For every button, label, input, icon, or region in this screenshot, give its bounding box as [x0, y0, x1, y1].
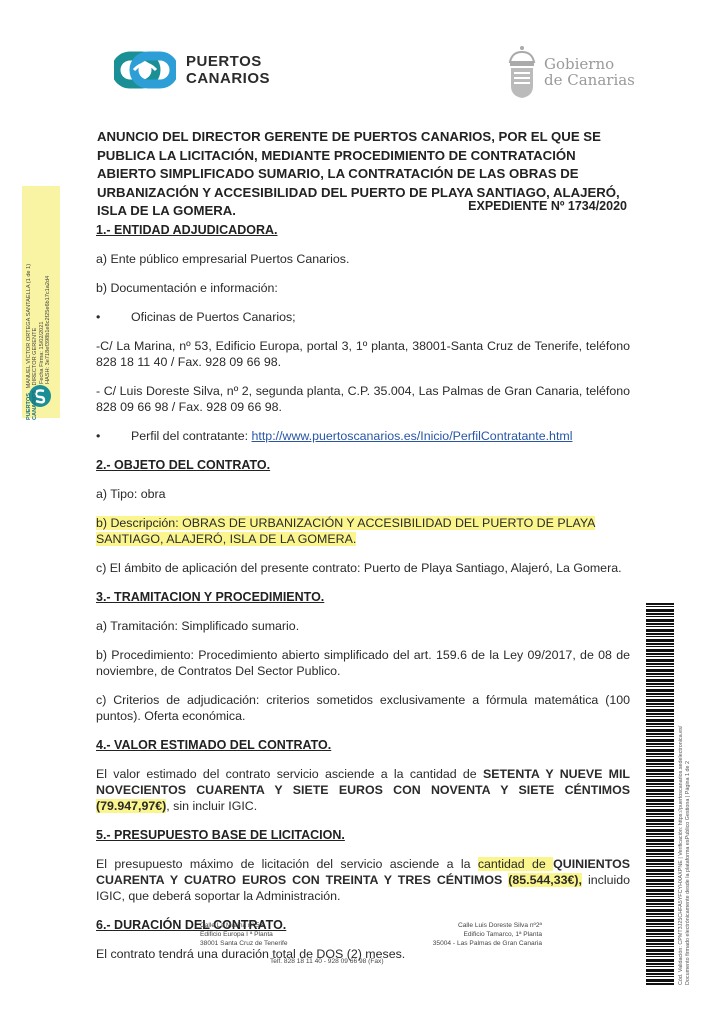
- stamp-role: DIRECTOR GERENTE: [32, 328, 38, 386]
- gobierno-canarias-logo: Gobierno de Canarias: [506, 44, 635, 100]
- section-heading-1: 1.- ENTIDAD ADJUDICADORA.: [96, 222, 630, 238]
- stamp-brand2: CANARIOS: [32, 390, 38, 420]
- coat-of-arms-icon: [506, 44, 538, 100]
- expediente-number: EXPEDIENTE Nº 1734/2020: [468, 199, 627, 213]
- puertos-canarios-logo-icon: [114, 50, 176, 90]
- validation-barcode: [646, 603, 674, 985]
- footer-address-las-palmas: Calle Luis Doreste Silva nº2ª Edificio T…: [383, 921, 542, 948]
- s5-amount: (85.544,33€),: [508, 873, 582, 887]
- s2-item-a: a) Tipo: obra: [96, 486, 630, 502]
- s1-bullet-offices-text: Oficinas de Puertos Canarios;: [131, 310, 296, 324]
- s4-amount: (79.947,97€): [96, 799, 166, 813]
- validation-side-text: Cód. Validación: CPMT3J25CHFA5YFCYHXAXPN…: [678, 595, 691, 985]
- signature-stamp-text: PUERTOS MANUEL VÍCTOR ORTEGA SANTAELLA (…: [26, 240, 52, 420]
- s1-item-b: b) Documentación e información:: [96, 280, 630, 296]
- stamp-date: Fecha Firma: 15/02/2021: [39, 322, 45, 385]
- logo-line2: CANARIOS: [186, 70, 270, 87]
- stamp-signer-name: MANUEL VÍCTOR ORTEGA SANTAELLA (1 de 1): [26, 264, 32, 388]
- s1-bullet-profile: Perfil del contratante: http://www.puert…: [96, 428, 630, 444]
- section-heading-4: 4.- VALOR ESTIMADO DEL CONTRATO.: [96, 737, 630, 753]
- s3-item-b: b) Procedimiento: Procedimiento abierto …: [96, 647, 630, 679]
- s3-item-a: a) Tramitación: Simplificado sumario.: [96, 618, 630, 634]
- s4-text-pre: El valor estimado del contrato servicio …: [96, 767, 483, 781]
- stamp-brand1: PUERTOS: [26, 393, 32, 420]
- footer-telephone: Telf. 828 18 11 40 - 928 09 66 98 (Fax): [270, 958, 384, 965]
- document-body: 1.- ENTIDAD ADJUDICADORA. a) Ente públic…: [96, 222, 630, 975]
- stamp-hash: HASH: 3e718ef398b1e8c2f25e6b17c1a2d4: [45, 276, 51, 384]
- logo-line2: de Canarias: [544, 72, 635, 88]
- section-heading-5: 5.- PRESUPUESTO BASE DE LICITACION.: [96, 827, 630, 843]
- section-heading-2: 2.- OBJETO DEL CONTRATO.: [96, 457, 630, 473]
- s1-bullet-offices: Oficinas de Puertos Canarios;: [96, 309, 630, 325]
- section-heading-3: 3.- TRAMITACION Y PROCEDIMIENTO.: [96, 589, 630, 605]
- s2-item-b: b) Descripción: OBRAS DE URBANIZACIÓN Y …: [96, 515, 630, 547]
- footer-right-line: Calle Luis Doreste Silva nº2ª: [383, 921, 542, 930]
- s4-text: El valor estimado del contrato servicio …: [96, 766, 630, 814]
- footer-right-line: Edificio Tamarco, 1ª Planta: [383, 930, 542, 939]
- s5-text-pre: El presupuesto máximo de licitación del …: [96, 857, 478, 871]
- s3-item-c: c) Criterios de adjudicación: criterios …: [96, 692, 630, 724]
- footer-left-line: 38001 Santa Cruz de Tenerife: [200, 939, 288, 948]
- s1-item-a: a) Ente público empresarial Puertos Cana…: [96, 251, 630, 267]
- footer-left-line: Calle La Marina nº 53: [200, 921, 288, 930]
- s1-profile-label: Perfil del contratante:: [131, 429, 252, 443]
- s4-text-post: , sin incluir IGIC.: [166, 799, 257, 813]
- s2-item-c: c) El ámbito de aplicación del presente …: [96, 560, 630, 576]
- s5-text: El presupuesto máximo de licitación del …: [96, 856, 630, 904]
- s2-description-highlighted: b) Descripción: OBRAS DE URBANIZACIÓN Y …: [96, 516, 595, 546]
- s5-text-pre-highlighted: cantidad de: [478, 857, 553, 871]
- footer-left-line: Edificio Europa I ª Planta: [200, 930, 288, 939]
- section-heading-6: 6.- DURACIÓN DEL CONTRATO.: [96, 917, 630, 933]
- logo-line1: Gobierno: [544, 56, 635, 72]
- footer-right-line: 35004 - Las Palmas de Gran Canaria: [383, 939, 542, 948]
- validation-line1: Cód. Validación: CPMT3J25CHFA5YFCYHXAXPN…: [678, 595, 685, 985]
- s1-address-tenerife: -C/ La Marina, nº 53, Edificio Europa, p…: [96, 338, 630, 370]
- profile-link[interactable]: http://www.puertoscanarios.es/Inicio/Per…: [252, 429, 573, 443]
- puertos-canarios-logo: PUERTOS CANARIOS: [114, 50, 270, 90]
- logo-line1: PUERTOS: [186, 53, 270, 70]
- footer-address-tenerife: Calle La Marina nº 53 Edificio Europa I …: [200, 921, 288, 948]
- s1-address-las-palmas: - C/ Luis Doreste Silva, nº 2, segunda p…: [96, 383, 630, 415]
- validation-line2: Documento firmado electrónicamente desde…: [685, 595, 692, 985]
